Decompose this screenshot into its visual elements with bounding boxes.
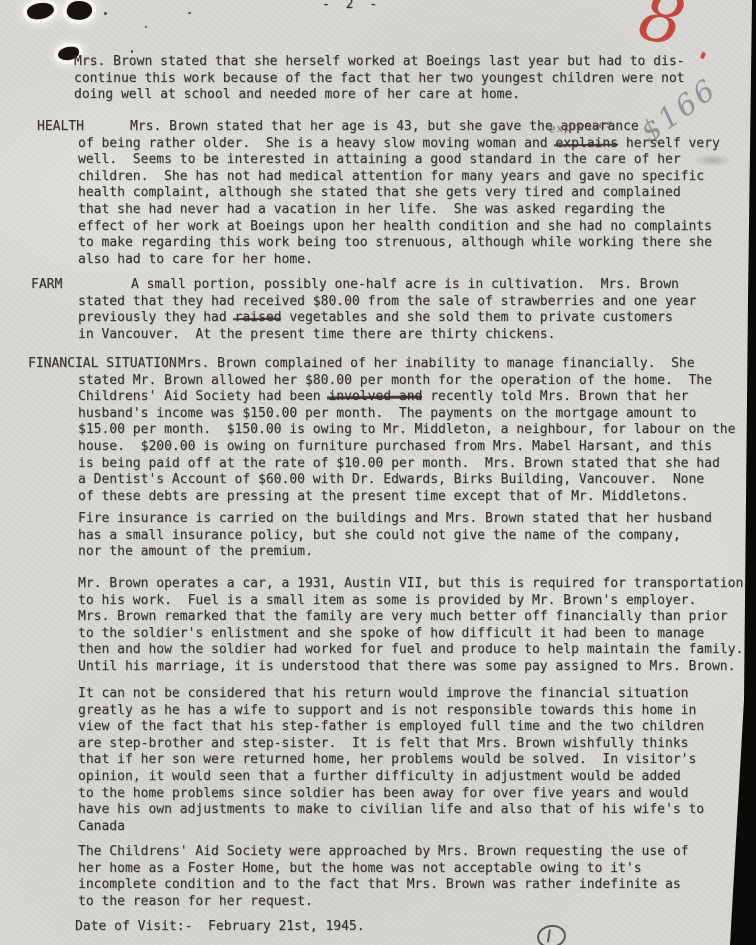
red-pen-tick-mark [700,52,706,60]
car-paragraph: Mr. Brown operates a car, a 1931, Austin… [78,576,743,676]
soldiers-return-paragraph: It can not be considered that his return… [78,686,704,835]
section-label-health: HEALTH [37,119,84,136]
intro-paragraph: Mrs. Brown stated that she herself worke… [74,54,684,104]
pencil-insert-caret: ^ [536,379,547,392]
handwritten-red-number: 8 [633,0,690,58]
date-of-visit-line: Date of Visit:- February 21st, 1945. [75,919,365,936]
paper-speck [104,12,107,15]
staple-hole-mark [66,0,94,22]
financial-section-paragraph: Mrs. Brown complained of her inability t… [78,356,735,505]
circled-initial-mark [535,923,567,945]
paper-speck [131,50,133,53]
scanned-document-page: - 2 - 8 $166 Mrs. Brown stated that she … [0,0,756,945]
fire-insurance-paragraph: Fire insurance is carried on the buildin… [78,511,712,561]
staple-hole-mark [25,0,55,22]
foster-home-paragraph: The Childrens' Aid Society were approach… [78,844,688,910]
paper-speck [188,12,191,14]
health-section-paragraph: Mrs. Brown stated that her age is 43, bu… [78,119,720,268]
farm-section-paragraph: A small portion, possibly one-half acre … [78,277,696,343]
section-label-farm: FARM [31,277,62,294]
paper-speck [145,26,147,28]
page-number: - 2 - [322,0,381,14]
